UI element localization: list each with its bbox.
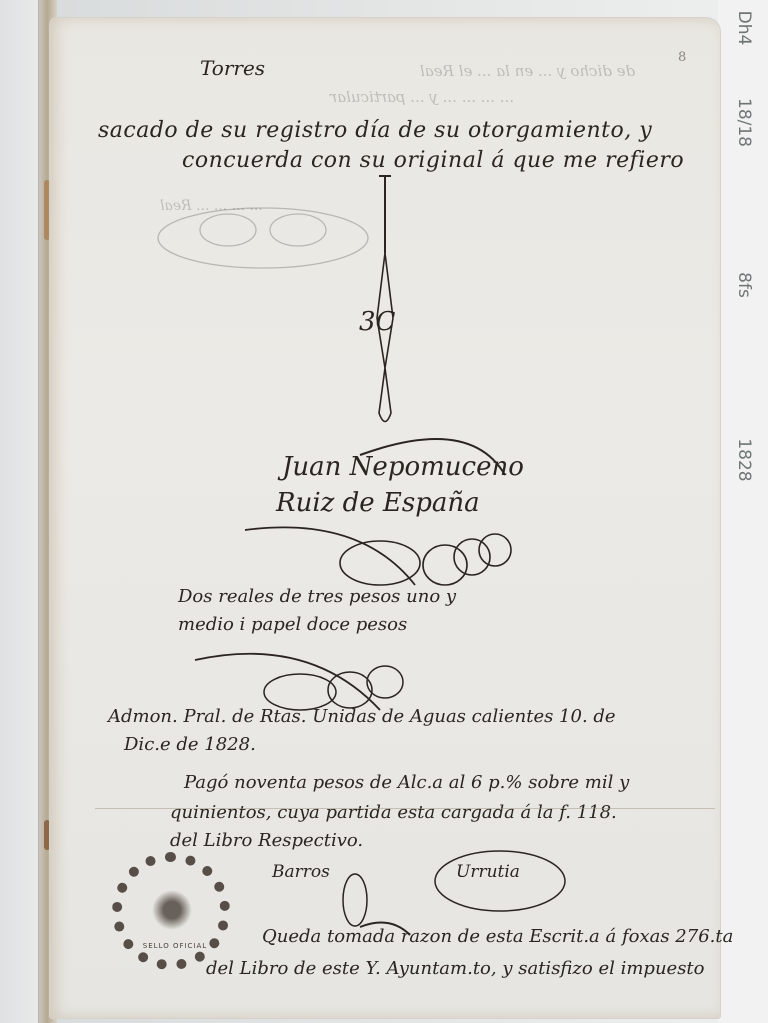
registry-note-line: del Libro de este Y. Ayuntam.to, y satis… bbox=[206, 958, 705, 979]
official-signature-barros: Barros bbox=[272, 862, 330, 882]
bleed-through-text: ... ... ... ... y ... particular bbox=[330, 88, 514, 106]
payment-note-line: Pagó noventa pesos de Alc.a al 6 p.% sob… bbox=[184, 772, 629, 793]
cross-flourish: 3C bbox=[355, 168, 415, 433]
margin-note: Dh4 bbox=[734, 6, 754, 50]
body-line: sacado de su registro día de su otorgami… bbox=[98, 118, 652, 143]
margin-note: 8fs bbox=[734, 263, 754, 307]
signature-rubric bbox=[240, 425, 530, 595]
ghost-rubric-flourish bbox=[148, 200, 378, 280]
fee-note-line: Dos reales de tres pesos uno y bbox=[178, 586, 456, 607]
seal-emblem-icon bbox=[152, 890, 192, 930]
margin-note: 1828 bbox=[734, 438, 754, 482]
page-number: 8 bbox=[678, 50, 686, 65]
svg-text:3C: 3C bbox=[359, 307, 396, 337]
margin-note: 18/18 bbox=[734, 98, 754, 142]
body-line: concuerda con su original á que me refie… bbox=[182, 148, 684, 173]
seal-label: SELLO OFICIAL bbox=[130, 942, 220, 950]
header-word: Torres bbox=[200, 56, 265, 80]
fee-note-line: medio i papel doce pesos bbox=[178, 614, 407, 635]
registry-note-line: Queda tomada razon de esta Escrit.a á fo… bbox=[262, 926, 733, 947]
admin-note-line: Admon. Pral. de Rtas. Unidas de Aguas ca… bbox=[108, 706, 616, 727]
admin-note-line: Dic.e de 1828. bbox=[124, 734, 256, 755]
archive-label-strip bbox=[718, 0, 768, 1023]
bleed-through-text: de dicho y ... en la ... el Real bbox=[420, 62, 635, 80]
payment-note-line: quinientos, cuya partida esta cargada á … bbox=[170, 802, 617, 823]
paper-fold-line bbox=[95, 808, 715, 809]
